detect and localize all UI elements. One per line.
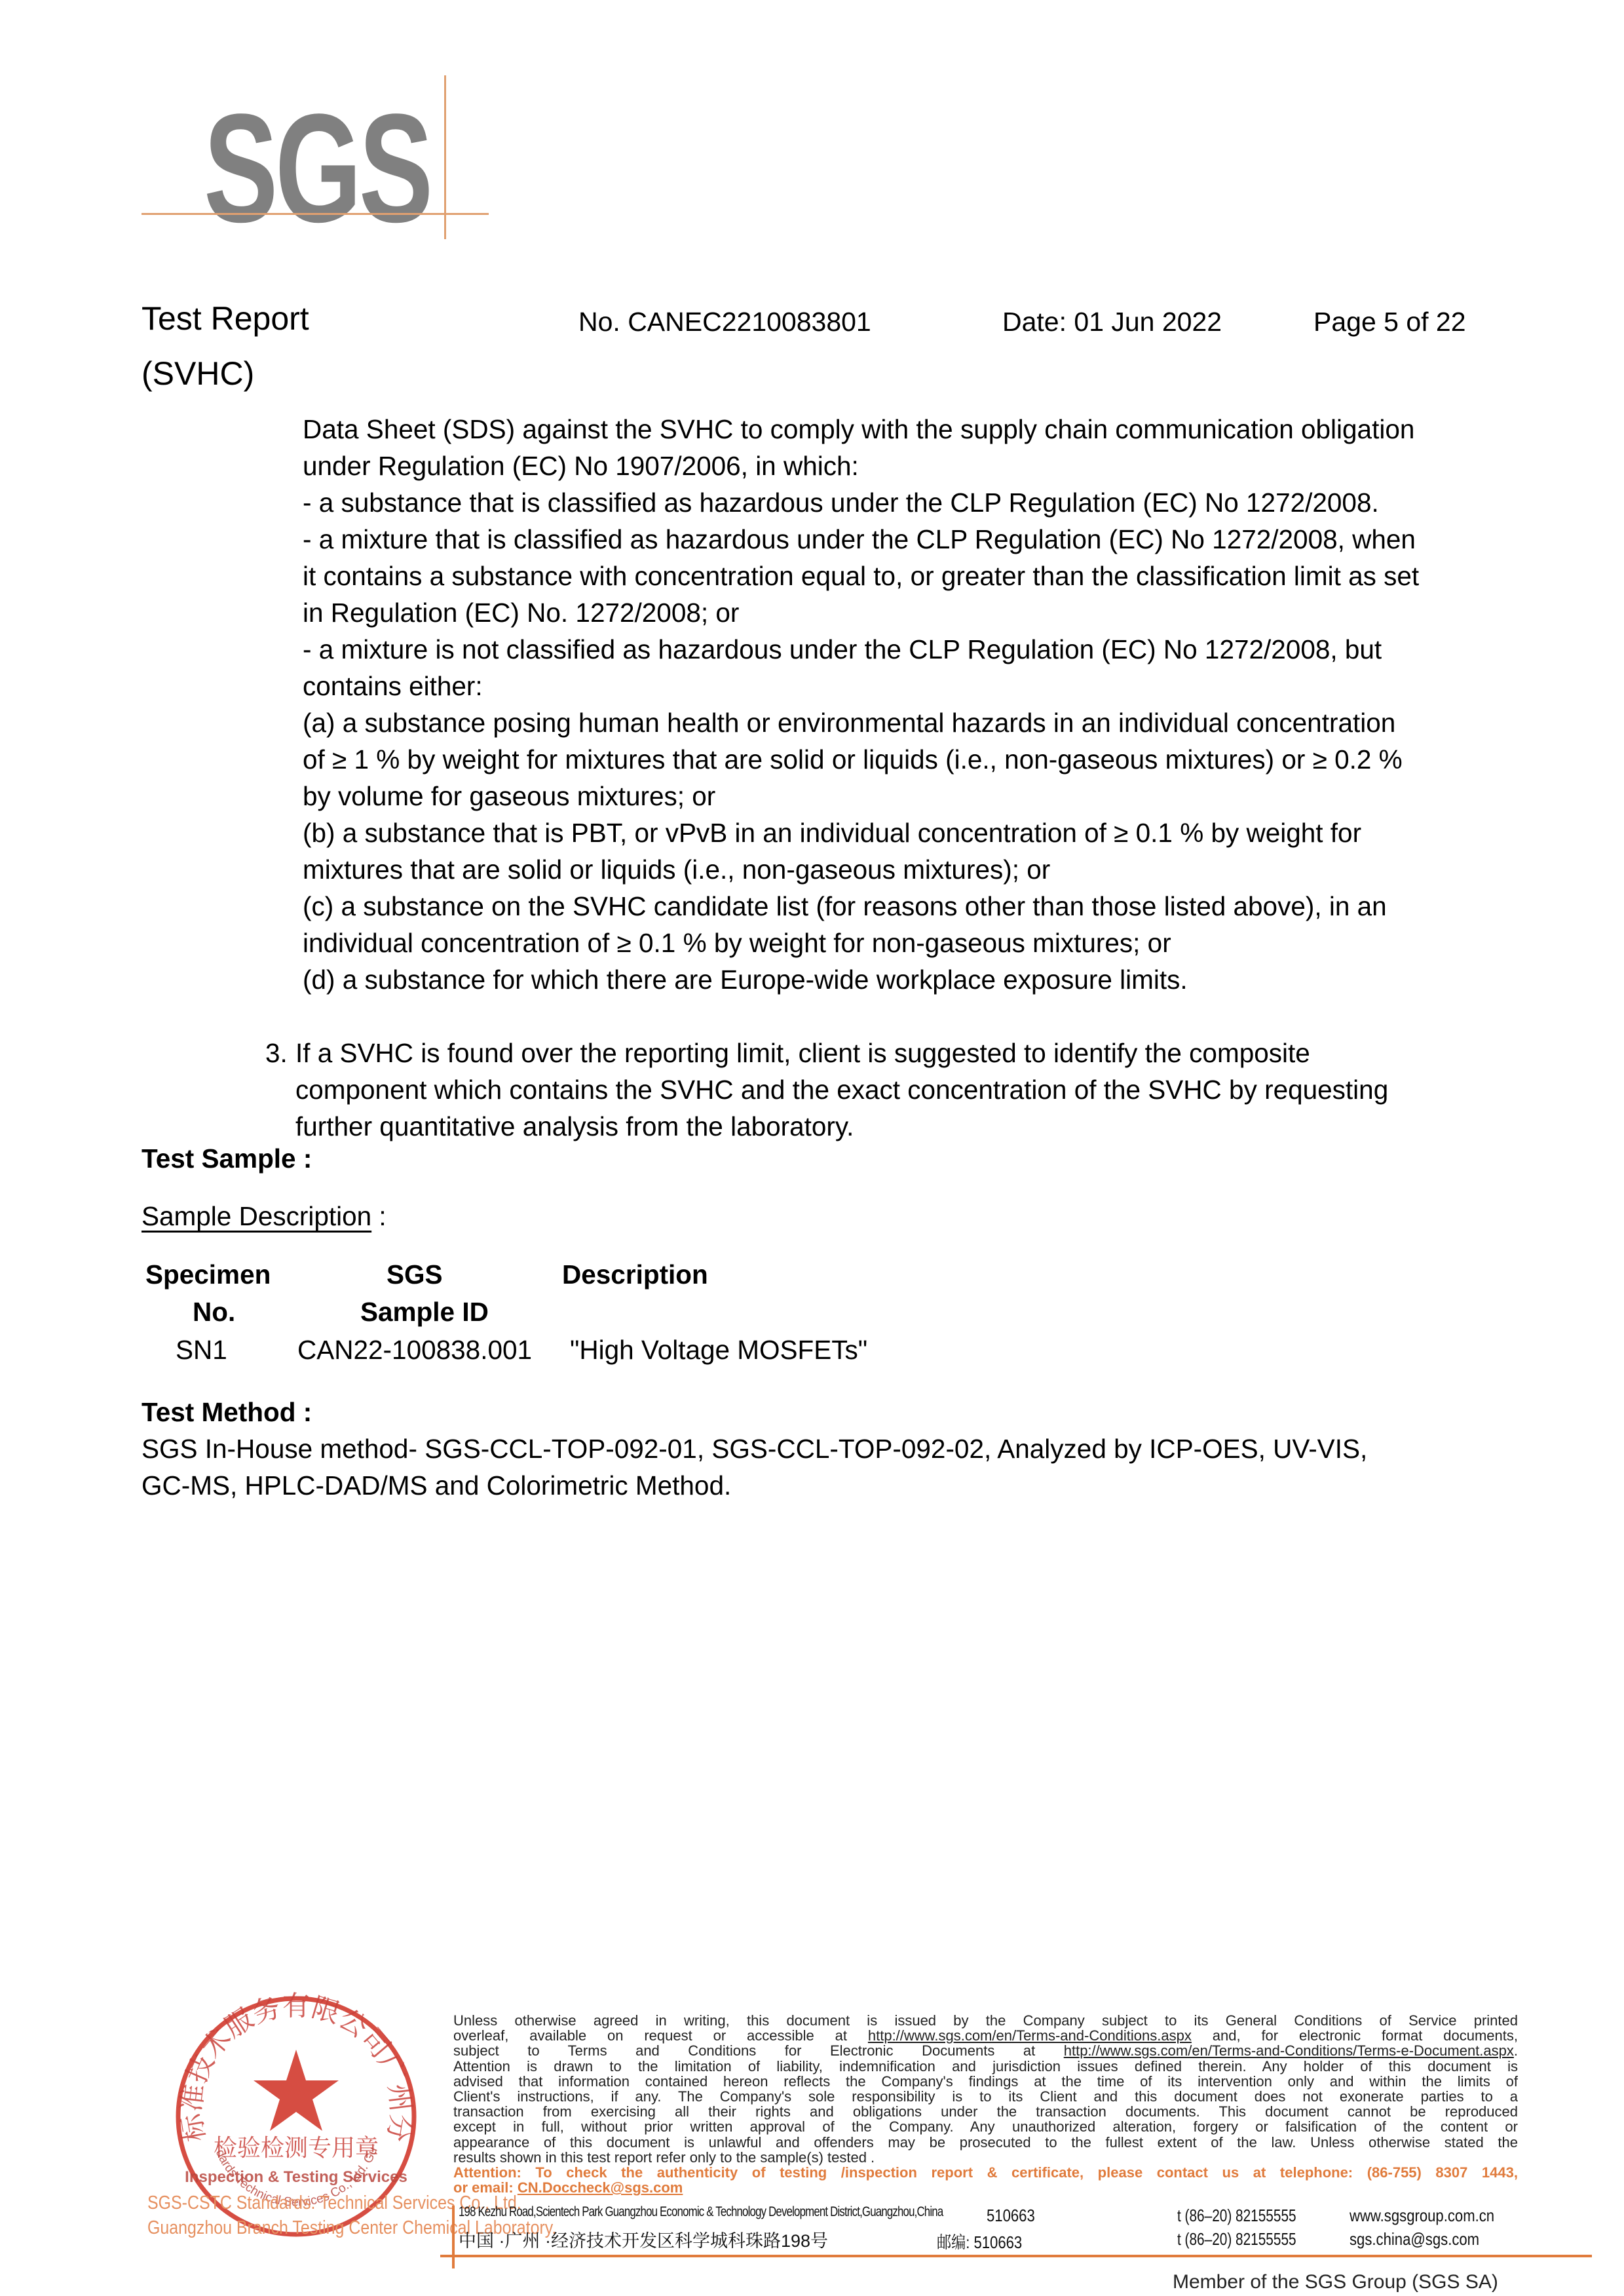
body-text-line: - a mixture that is classified as hazard… bbox=[303, 521, 1419, 558]
email-notice: or email: CN.Doccheck@sgs.com bbox=[453, 2180, 1518, 2195]
col-header-specimen-l1: Specimen bbox=[145, 1259, 271, 1290]
footer-horizontal-rule bbox=[440, 2255, 1592, 2257]
doccheck-email-link[interactable]: CN.Doccheck@sgs.com bbox=[518, 2179, 683, 2196]
body-text-line: (b) a substance that is PBT, or vPvB in … bbox=[303, 814, 1419, 851]
postcode-en: 510663 bbox=[987, 2206, 1035, 2226]
disclaimer-line: overleaf, available on request or access… bbox=[453, 2028, 1518, 2043]
phone-1: t (86–20) 82155555 bbox=[1177, 2206, 1296, 2226]
svg-text:Inspection & Testing Services: Inspection & Testing Services bbox=[185, 2168, 407, 2186]
report-subtitle: (SVHC) bbox=[142, 355, 254, 392]
report-date: Date: 01 Jun 2022 bbox=[1002, 305, 1222, 338]
disclaimer-line: except in full, without prior written ap… bbox=[453, 2119, 1518, 2134]
disclaimer-line: appearance of this document is unlawful … bbox=[453, 2135, 1518, 2150]
body-text-line: mixtures that are solid or liquids (i.e.… bbox=[303, 851, 1419, 888]
disclaimer-line: advised that information contained hereo… bbox=[453, 2074, 1518, 2089]
body-text-line: (c) a substance on the SVHC candidate li… bbox=[303, 888, 1419, 925]
body-text-line: individual concentration of ≥ 0.1 % by w… bbox=[303, 925, 1419, 961]
logo-text: SGS bbox=[204, 91, 430, 246]
test-method-line-1: SGS In-House method- SGS-CCL-TOP-092-01,… bbox=[142, 1430, 1367, 1467]
sample-description-label: Sample Description bbox=[142, 1201, 371, 1231]
terms-e-document-link[interactable]: http://www.sgs.com/en/Terms-and-Conditio… bbox=[1064, 2042, 1514, 2059]
phone-2: t (86–20) 82155555 bbox=[1177, 2229, 1296, 2249]
body-text-line: - a substance that is classified as haza… bbox=[303, 484, 1419, 521]
body-text-line: in Regulation (EC) No. 1272/2008; or bbox=[303, 594, 1419, 631]
test-method-line-2: GC-MS, HPLC-DAD/MS and Colorimetric Meth… bbox=[142, 1467, 731, 1504]
legal-disclaimer: Unless otherwise agreed in writing, this… bbox=[453, 2013, 1518, 2195]
col-header-specimen: Specimen bbox=[145, 1256, 271, 1293]
disclaimer-line: Client's instructions, if any. The Compa… bbox=[453, 2089, 1518, 2104]
address-cn: 中国 ·广州 ·经济技术开发区科学城科珠路198号 bbox=[459, 2227, 828, 2252]
body-text-line: - a mixture is not classified as hazardo… bbox=[303, 631, 1419, 668]
cell-sample-id: CAN22-100838.001 bbox=[297, 1331, 532, 1368]
star-icon bbox=[254, 2050, 339, 2131]
sgs-logo: SGS bbox=[142, 75, 489, 239]
disclaimer-line: transaction from exercising all their ri… bbox=[453, 2104, 1518, 2119]
body-text-line: by volume for gaseous mixtures; or bbox=[303, 778, 1419, 814]
postcode-cn: 邮编: 510663 bbox=[937, 2229, 1022, 2253]
sample-description-colon: : bbox=[379, 1201, 386, 1231]
report-number: No. CANEC2210083801 bbox=[578, 305, 871, 338]
item-3-line: component which contains the SVHC and th… bbox=[295, 1071, 1388, 1108]
sample-description-row: Sample Description : bbox=[142, 1198, 387, 1234]
logo-divider-horizontal bbox=[142, 213, 489, 215]
logo-divider-vertical bbox=[444, 75, 446, 239]
disclaimer-line: subject to Terms and Conditions for Elec… bbox=[453, 2043, 1518, 2058]
cell-specimen-no: SN1 bbox=[176, 1331, 227, 1368]
body-text-line: (a) a substance posing human health or e… bbox=[303, 704, 1419, 741]
test-sample-heading: Test Sample : bbox=[142, 1140, 312, 1177]
disclaimer-line: Attention is drawn to the limitation of … bbox=[453, 2059, 1518, 2074]
svg-text:检验检测专用章: 检验检测专用章 bbox=[214, 2135, 379, 2162]
item-3-number: 3. bbox=[265, 1035, 288, 1071]
page-number: Page 5 of 22 bbox=[1313, 305, 1466, 338]
body-text-line: (d) a substance for which there are Euro… bbox=[303, 961, 1419, 998]
report-title: Test Report bbox=[142, 300, 309, 337]
authenticity-notice: Attention: To check the authenticity of … bbox=[453, 2165, 1518, 2180]
col-header-sample-id: Sample ID bbox=[360, 1293, 489, 1330]
member-statement: Member of the SGS Group (SGS SA) bbox=[1173, 2271, 1498, 2293]
item-3-text: If a SVHC is found over the reporting li… bbox=[295, 1035, 1388, 1145]
item-3-line: If a SVHC is found over the reporting li… bbox=[295, 1035, 1388, 1071]
test-method-heading: Test Method : bbox=[142, 1394, 312, 1430]
body-text-line: under Regulation (EC) No 1907/2006, in w… bbox=[303, 448, 1419, 484]
disclaimer-line: results shown in this test report refer … bbox=[453, 2150, 1518, 2165]
body-text-line: contains either: bbox=[303, 668, 1419, 704]
col-header-description: Description bbox=[562, 1256, 708, 1293]
sds-obligation-text: Data Sheet (SDS) against the SVHC to com… bbox=[303, 411, 1419, 998]
china-email-link[interactable]: sgs.china@sgs.com bbox=[1350, 2229, 1479, 2249]
address-en: 198 Kezhu Road,Scientech Park Guangzhou … bbox=[459, 2204, 943, 2220]
col-header-specimen-l2: No. bbox=[193, 1293, 235, 1330]
terms-conditions-link[interactable]: http://www.sgs.com/en/Terms-and-Conditio… bbox=[868, 2027, 1192, 2044]
disclaimer-line: Unless otherwise agreed in writing, this… bbox=[453, 2013, 1518, 2028]
body-text-line: Data Sheet (SDS) against the SVHC to com… bbox=[303, 411, 1419, 448]
cell-description: "High Voltage MOSFETs" bbox=[570, 1331, 867, 1368]
website-link[interactable]: www.sgsgroup.com.cn bbox=[1350, 2206, 1494, 2226]
body-text-line: it contains a substance with concentrati… bbox=[303, 558, 1419, 594]
col-header-sgs: SGS bbox=[387, 1256, 443, 1293]
item-3-line: further quantitative analysis from the l… bbox=[295, 1108, 1388, 1145]
body-text-line: of ≥ 1 % by weight for mixtures that are… bbox=[303, 741, 1419, 778]
footer-vertical-rule bbox=[452, 2206, 455, 2268]
